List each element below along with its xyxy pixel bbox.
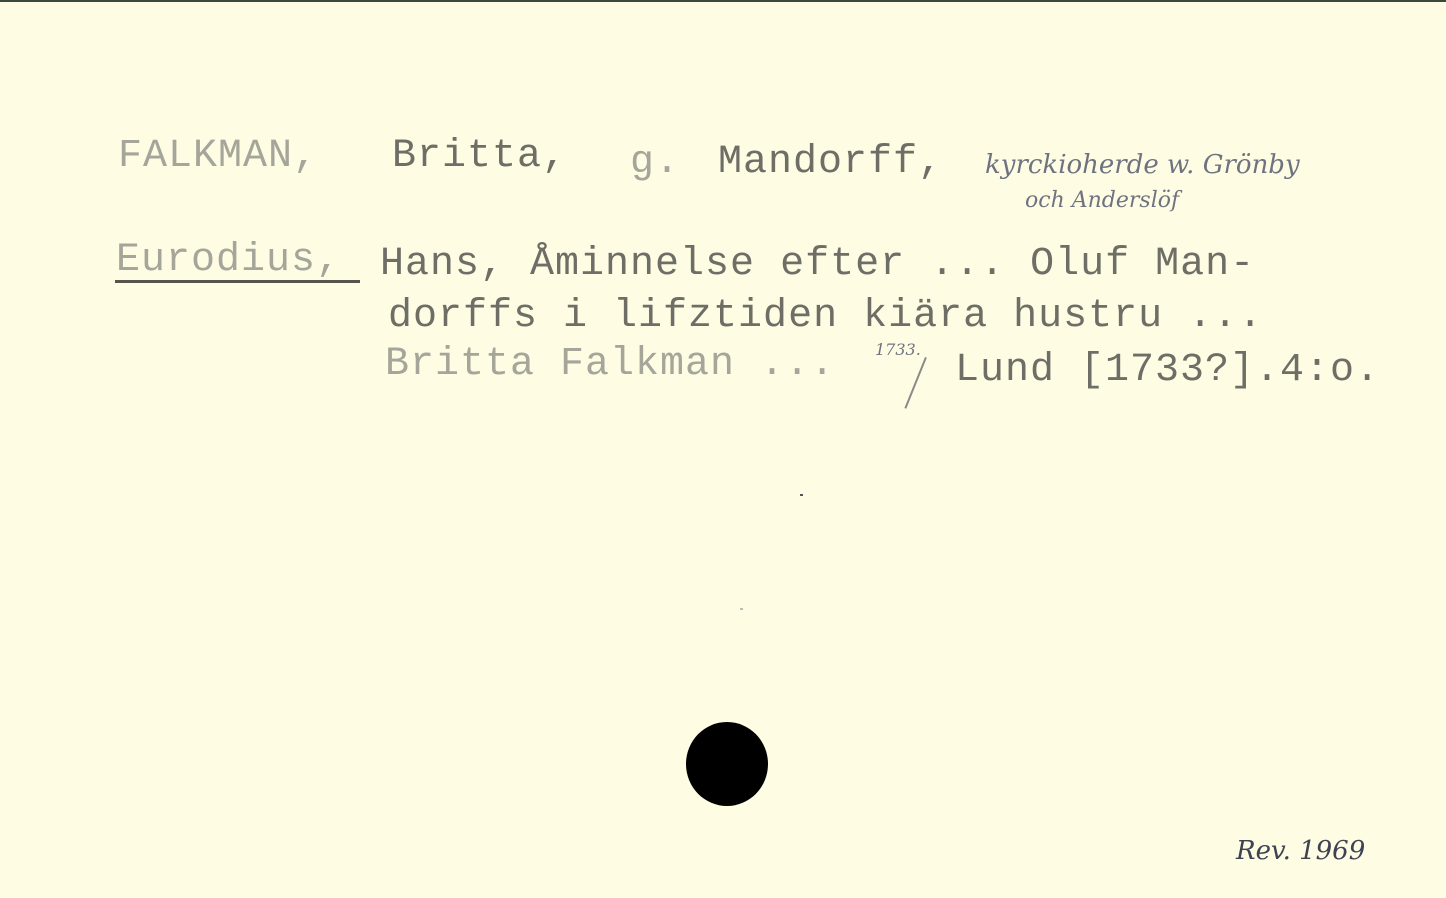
- speck: [740, 608, 743, 610]
- heading-surname: FALKMAN,: [118, 134, 318, 179]
- heading-married-name: Mandorff,: [718, 140, 943, 185]
- revision-note: Rev. 1969: [1236, 836, 1365, 866]
- handwritten-slash: [904, 357, 926, 409]
- handwritten-note-line1: kyrckioherde w. Grönby: [985, 150, 1300, 180]
- entry-author: Eurodius,: [116, 238, 341, 283]
- entry-line2: dorffs i lifztiden kiära hustru ...: [388, 294, 1263, 339]
- speck: [800, 494, 803, 496]
- catalog-card: FALKMAN, Britta, g. Mandorff, kyrckioher…: [0, 0, 1446, 898]
- handwritten-year: 1733.: [875, 340, 921, 359]
- author-underline: [115, 280, 360, 283]
- handwritten-note-line2: och Anderslöf: [1025, 188, 1179, 213]
- entry-line3-title-end: Britta Falkman ...: [385, 342, 835, 387]
- entry-line1: Hans, Åminnelse efter ... Oluf Man-: [380, 242, 1255, 287]
- punch-hole: [686, 722, 768, 806]
- heading-given-name: Britta,: [392, 134, 567, 179]
- entry-imprint: Lund [1733?].4:o.: [955, 348, 1380, 393]
- heading-married-prefix: g.: [630, 140, 680, 185]
